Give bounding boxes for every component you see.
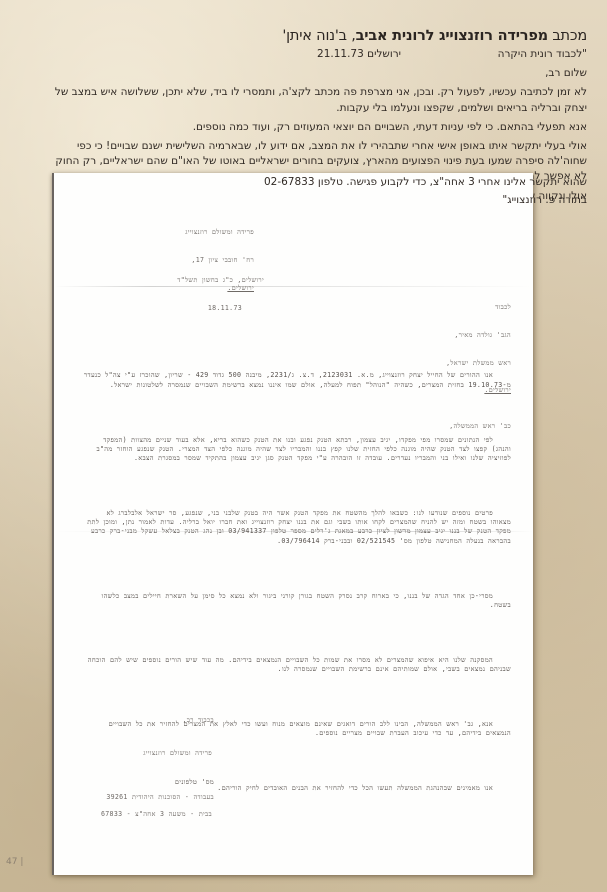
greeting: שלום רב, xyxy=(50,66,587,81)
salutation-row: "לכבוד רונית היקרה ירושלים 21.11.73 xyxy=(50,47,587,62)
title-bold: מפרידה רוזנצוייג לרונית אביב xyxy=(356,28,548,44)
date-block: ירושלים, כ"ג בחשון תשל"ד 18.11.73 xyxy=(154,258,264,332)
letter-paragraph: פרטים נוספים שנודעו לנו: כשבאו להלך מהשט… xyxy=(82,509,511,546)
letter-paragraph: אנו ההורים של החייל יצחק רוזנצוייג, מ.א.… xyxy=(82,371,511,389)
place-date: ירושלים 21.11.73 xyxy=(317,47,401,62)
closing: בכבוד רב, xyxy=(114,716,214,725)
salutation: "לכבוד רונית היקרה xyxy=(401,47,587,62)
page-number: 47 | xyxy=(6,857,23,867)
signature: פרידה ומשולם רוזנצוייג xyxy=(102,749,212,758)
overlay-line: בתודה פ. רוזנצוייג" xyxy=(227,193,587,208)
letter-paragraph: המסקנה שלנו היא איפוא שהמצרים לא מסרו את… xyxy=(82,656,511,674)
title-prefix: מכתב xyxy=(548,28,587,44)
recipient-line: לכבוד xyxy=(351,303,511,312)
date-gregorian: 18.11.73 xyxy=(154,304,264,313)
sender-name: פרידה ומשולם רוזנצוייג xyxy=(114,228,254,237)
phone-line: בבית - משעה 3 אחה"צ - 67833 xyxy=(72,810,212,819)
letter-body: אנו ההורים של החייל יצחק רוזנצוייג, מ.א.… xyxy=(82,353,511,812)
recipient-line: הגב' גולדה מאיר, xyxy=(351,331,511,340)
page-title: מכתב מפרידה רוזנצוייג לרונית אביב, ב'נוה… xyxy=(50,28,587,44)
date-hebrew: ירושלים, כ"ג בחשון תשל"ד xyxy=(154,276,264,285)
phones-label: מס' טלפונים xyxy=(124,778,214,787)
title-suffix: , ב'נוה איתן' xyxy=(282,28,355,44)
intro-paragraph: אנא תפעלי בהתאם. כי לפי עניות דעתי, השבו… xyxy=(50,120,587,135)
letter-paragraph: לפי הנתונים שמסרו מפי מפקדו, יגיב עצמון,… xyxy=(82,436,511,464)
overlay-line: שהוא יתקשר אלינו אחרי 3 אחה"צ, כדי לקבוע… xyxy=(227,175,587,190)
letter-paragraph: מסרי-כן אחד הגדה של בננו, כי בארוח קרב נ… xyxy=(82,592,511,610)
overlay-text: שהוא יתקשר אלינו אחרי 3 אחה"צ, כדי לקבוע… xyxy=(227,175,587,208)
letter-scan: פרידה ומשולם רוזנצוייג רח' חובבי ציון 17… xyxy=(52,173,533,875)
phone-line: בעבודה - הסוכנות היהודית 39261 xyxy=(64,793,214,802)
intro-paragraph: לא זמן לכתיבה עכשיו, לפעול רק. ובכן, אני… xyxy=(50,85,587,115)
